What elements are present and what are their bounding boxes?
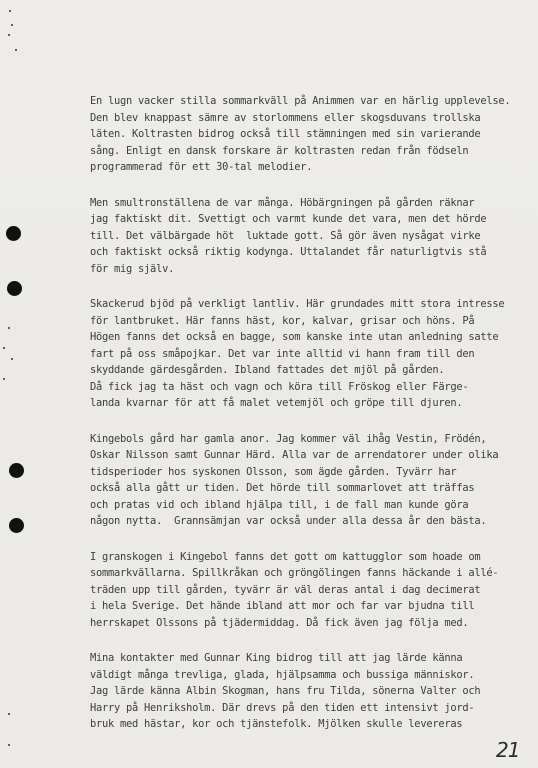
scan-speck [8, 327, 10, 329]
document-body: En lugn vacker stilla sommarkväll på Ani… [90, 93, 490, 752]
punch-hole [6, 226, 21, 241]
text-line: Jag lärde känna Albin Skogman, hans fru … [90, 683, 490, 700]
text-line: Högen fanns det också en bagge, som kans… [90, 329, 490, 346]
text-line: i hela Sverige. Det hände ibland att mor… [90, 598, 490, 615]
text-line: någon nytta. Grannsämjan var också under… [90, 513, 490, 530]
text-line: Den blev knappast sämre av storlommens e… [90, 110, 490, 127]
text-line: för lantbruket. Här fanns häst, kor, kal… [90, 313, 490, 330]
paragraph-1: En lugn vacker stilla sommarkväll på Ani… [90, 93, 490, 176]
text-line: också alla gått ur tiden. Det hörde till… [90, 480, 490, 497]
text-line: väldigt många trevliga, glada, hjälpsamm… [90, 667, 490, 684]
scan-speck [15, 49, 17, 51]
text-line: skyddande gärdesgården. Ibland fattades … [90, 362, 490, 379]
scan-speck [9, 10, 11, 12]
text-line: En lugn vacker stilla sommarkväll på Ani… [90, 93, 490, 110]
text-line: Men smultronställena de var många. Höbär… [90, 195, 490, 212]
text-line: till. Det välbärgade höt luktade gott. S… [90, 228, 490, 245]
scan-speck [11, 24, 13, 26]
text-line: Kingebols gård har gamla anor. Jag komme… [90, 431, 490, 448]
text-line: läten. Koltrasten bidrog också till stäm… [90, 126, 490, 143]
text-line: Skackerud bjöd på verkligt lantliv. Här … [90, 296, 490, 313]
punch-hole [9, 463, 24, 478]
scan-speck [11, 358, 13, 360]
paragraph-3: Skackerud bjöd på verkligt lantliv. Här … [90, 296, 490, 412]
text-line: tidsperioder hos syskonen Olsson, som äg… [90, 464, 490, 481]
paragraph-4: Kingebols gård har gamla anor. Jag komme… [90, 431, 490, 530]
text-line: programmerad för ett 30-tal melodier. [90, 159, 490, 176]
text-line: och pratas vid och ibland hjälpa till, i… [90, 497, 490, 514]
text-line: och faktiskt också riktig kodynga. Uttal… [90, 244, 490, 261]
punch-hole [7, 281, 22, 296]
scan-speck [8, 34, 10, 36]
text-line: jag faktiskt dit. Svettigt och varmt kun… [90, 211, 490, 228]
text-line: Harry på Henriksholm. Där drevs på den t… [90, 700, 490, 717]
punch-hole [9, 518, 24, 533]
text-line: landa kvarnar för att få malet vetemjöl … [90, 395, 490, 412]
text-line: bruk med hästar, kor och tjänstefolk. Mj… [90, 716, 490, 733]
text-line: för mig själv. [90, 261, 490, 278]
scan-speck [3, 347, 5, 349]
text-line: sång. Enligt en dansk forskare är koltra… [90, 143, 490, 160]
text-line: Då fick jag ta häst och vagn och köra ti… [90, 379, 490, 396]
paragraph-2: Men smultronställena de var många. Höbär… [90, 195, 490, 278]
page-number: 21 [496, 738, 519, 762]
text-line: träden upp till gården, tyvärr är väl de… [90, 582, 490, 599]
scan-speck [3, 378, 5, 380]
text-line: I granskogen i Kingebol fanns det gott o… [90, 549, 490, 566]
text-line: fart på oss småpojkar. Det var inte allt… [90, 346, 490, 363]
document-page: En lugn vacker stilla sommarkväll på Ani… [0, 0, 538, 768]
paragraph-6: Mina kontakter med Gunnar King bidrog ti… [90, 650, 490, 733]
text-line: sommarkvällarna. Spillkråkan och gröngöl… [90, 565, 490, 582]
text-line: herrskapet Olssons på tjädermiddag. Då f… [90, 615, 490, 632]
scan-speck [8, 713, 10, 715]
text-line: Mina kontakter med Gunnar King bidrog ti… [90, 650, 490, 667]
scan-speck [8, 744, 10, 746]
text-line: Oskar Nilsson samt Gunnar Härd. Alla var… [90, 447, 490, 464]
paragraph-5: I granskogen i Kingebol fanns det gott o… [90, 549, 490, 632]
